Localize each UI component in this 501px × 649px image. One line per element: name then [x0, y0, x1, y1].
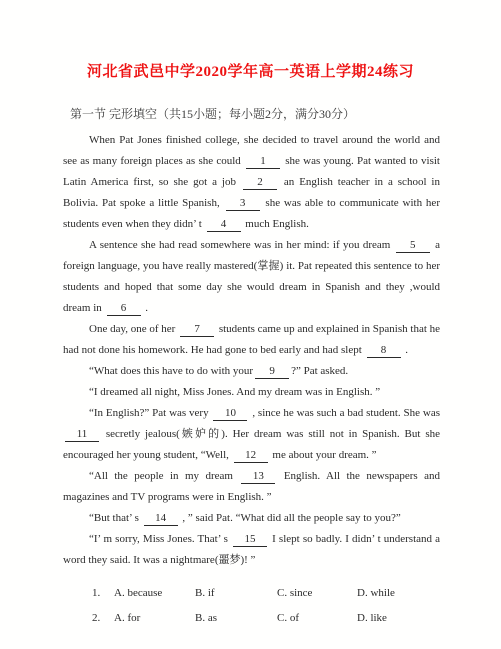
cloze-blank-6: 6 — [107, 301, 141, 316]
cloze-blank-4: 4 — [207, 217, 241, 232]
options-row: 2.A. forB. asC. ofD. like — [92, 606, 501, 631]
cloze-blank-11: 11 — [65, 427, 99, 442]
passage-paragraph: “But that’ s 14 , ” said Pat. “What did … — [63, 508, 440, 529]
option-c: C. since — [277, 581, 357, 606]
option-b: B. if — [195, 581, 277, 606]
options-list: 1.A. becauseB. ifC. sinceD. while2.A. fo… — [92, 581, 501, 631]
passage-paragraph: A sentence she had read somewhere was in… — [63, 235, 440, 319]
passage-paragraph: “I’ m sorry, Miss Jones. That’ s 15 I sl… — [63, 529, 440, 571]
cloze-passage: When Pat Jones finished college, she dec… — [63, 130, 440, 571]
cloze-blank-14: 14 — [144, 511, 178, 526]
cloze-blank-1: 1 — [246, 154, 280, 169]
section-header: 第一节 完形填空（共15小题；每小题2分，满分30分） — [70, 105, 441, 122]
cloze-blank-5: 5 — [396, 238, 430, 253]
cloze-blank-9: 9 — [255, 364, 289, 379]
option-c: C. of — [277, 606, 357, 631]
page-title: 河北省武邑中学2020学年高一英语上学期24练习 — [0, 60, 501, 81]
option-a: A. because — [114, 581, 195, 606]
cloze-blank-12: 12 — [234, 448, 268, 463]
passage-paragraph: “I dreamed all night, Miss Jones. And my… — [63, 382, 440, 403]
cloze-blank-15: 15 — [233, 532, 267, 547]
option-d: D. like — [357, 606, 501, 631]
passage-paragraph: “In English?” Pat was very 10 , since he… — [63, 403, 440, 466]
question-number: 2. — [92, 606, 114, 631]
document-page: 河北省武邑中学2020学年高一英语上学期24练习 第一节 完形填空（共15小题；… — [0, 0, 501, 649]
options-row: 1.A. becauseB. ifC. sinceD. while — [92, 581, 501, 606]
cloze-blank-13: 13 — [241, 469, 275, 484]
cloze-blank-3: 3 — [226, 196, 260, 211]
cloze-blank-8: 8 — [367, 343, 401, 358]
cloze-blank-10: 10 — [213, 406, 247, 421]
option-d: D. while — [357, 581, 501, 606]
cloze-blank-2: 2 — [243, 175, 277, 190]
passage-paragraph: When Pat Jones finished college, she dec… — [63, 130, 440, 235]
passage-paragraph: “What does this have to do with your9?” … — [63, 361, 440, 382]
passage-paragraph: One day, one of her 7 students came up a… — [63, 319, 440, 361]
option-a: A. for — [114, 606, 195, 631]
cloze-blank-7: 7 — [180, 322, 214, 337]
passage-paragraph: “All the people in my dream 13 English. … — [63, 466, 440, 508]
question-number: 1. — [92, 581, 114, 606]
option-b: B. as — [195, 606, 277, 631]
